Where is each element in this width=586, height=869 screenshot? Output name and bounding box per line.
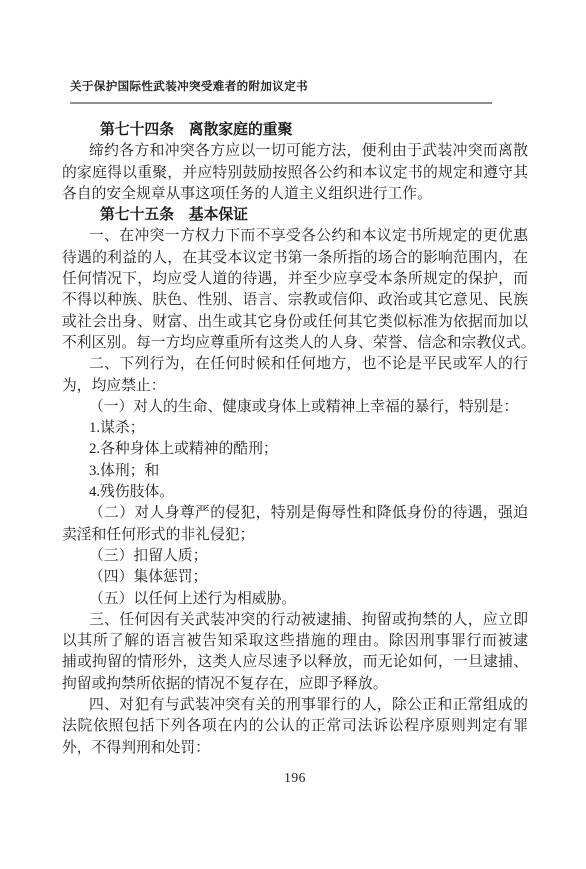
page-number: 196 <box>62 770 528 786</box>
text-line: 3.体刑；和 <box>62 461 528 482</box>
text-line: 第七十四条 离散家庭的重聚 <box>62 120 528 141</box>
text-line: 待遇的利益的人，在其受本议定书第一条所指的场合的影响范围内，在 <box>62 248 528 269</box>
running-head: 关于保护国际性武装冲突受难者的附加议定书 <box>70 80 492 104</box>
text-line: （三）扣留人质； <box>62 546 528 567</box>
text-line: 不利区别。每一方均应尊重所有这类人的人身、荣誉、信念和宗教仪式。 <box>62 333 528 354</box>
text-line: 捕或拘留的情形外，这类人应尽速予以释放，而无论如何，一旦逮捕、 <box>62 652 528 673</box>
text-line: 卖淫和任何形式的非礼侵犯； <box>62 525 528 546</box>
text-line: 缔约各方和冲突各方应以一切可能方法，便利由于武装冲突而离散 <box>62 141 528 162</box>
text-line: 以其所了解的语言被告知采取这些措施的理由。除因刑事罪行而被逮 <box>62 631 528 652</box>
text-line: 一、在冲突一方权力下而不享受各公约和本议定书所规定的更优惠 <box>62 226 528 247</box>
text-line: 或社会出身、财富、出生或其它身份或任何其它类似标准为依据而加以 <box>62 312 528 333</box>
text-line: （五）以任何上述行为相威胁。 <box>62 589 528 610</box>
text-line: 法院依照包括下列各项在内的公认的正常司法诉讼程序原则判定有罪 <box>62 716 528 737</box>
text-line: （一）对人的生命、健康或身体上或精神上幸福的暴行，特别是： <box>62 397 528 418</box>
text-line: （四）集体惩罚； <box>62 567 528 588</box>
text-line: 4.残伤肢体。 <box>62 482 528 503</box>
text-line: 的家庭得以重聚，并应特别鼓励按照各公约和本议定书的规定和遵守其 <box>62 163 528 184</box>
text-line: 各自的安全规章从事这项任务的人道主义组织进行工作。 <box>62 184 528 205</box>
text-line: 三、任何因有关武装冲突的行动被逮捕、拘留或拘禁的人，应立即 <box>62 610 528 631</box>
text-line: 为，均应禁止： <box>62 376 528 397</box>
text-line: 拘留或拘禁所依据的情况不复存在，应即予释放。 <box>62 674 528 695</box>
text-line: 2.各种身体上或精神的酷刑； <box>62 439 528 460</box>
document-page: 关于保护国际性武装冲突受难者的附加议定书 第七十四条 离散家庭的重聚缔约各方和冲… <box>0 0 586 869</box>
text-line: 第七十五条 基本保证 <box>62 205 528 226</box>
text-line: 1.谋杀； <box>62 418 528 439</box>
text-line: 任何情况下，均应受人道的待遇，并至少应享受本条所规定的保护，而 <box>62 269 528 290</box>
document-body: 第七十四条 离散家庭的重聚缔约各方和冲突各方应以一切可能方法，便利由于武装冲突而… <box>62 120 528 759</box>
text-line: 外，不得判刑和处罚： <box>62 738 528 759</box>
text-line: 四、对犯有与武装冲突有关的刑事罪行的人，除公正和正常组成的 <box>62 695 528 716</box>
text-line: 二、下列行为，在任何时候和任何地方，也不论是平民或军人的行 <box>62 354 528 375</box>
text-line: 不得以种族、肤色、性别、语言、宗教或信仰、政治或其它意见、民族 <box>62 290 528 311</box>
text-line: （二）对人身尊严的侵犯，特别是侮辱性和降低身份的待遇，强迫 <box>62 503 528 524</box>
